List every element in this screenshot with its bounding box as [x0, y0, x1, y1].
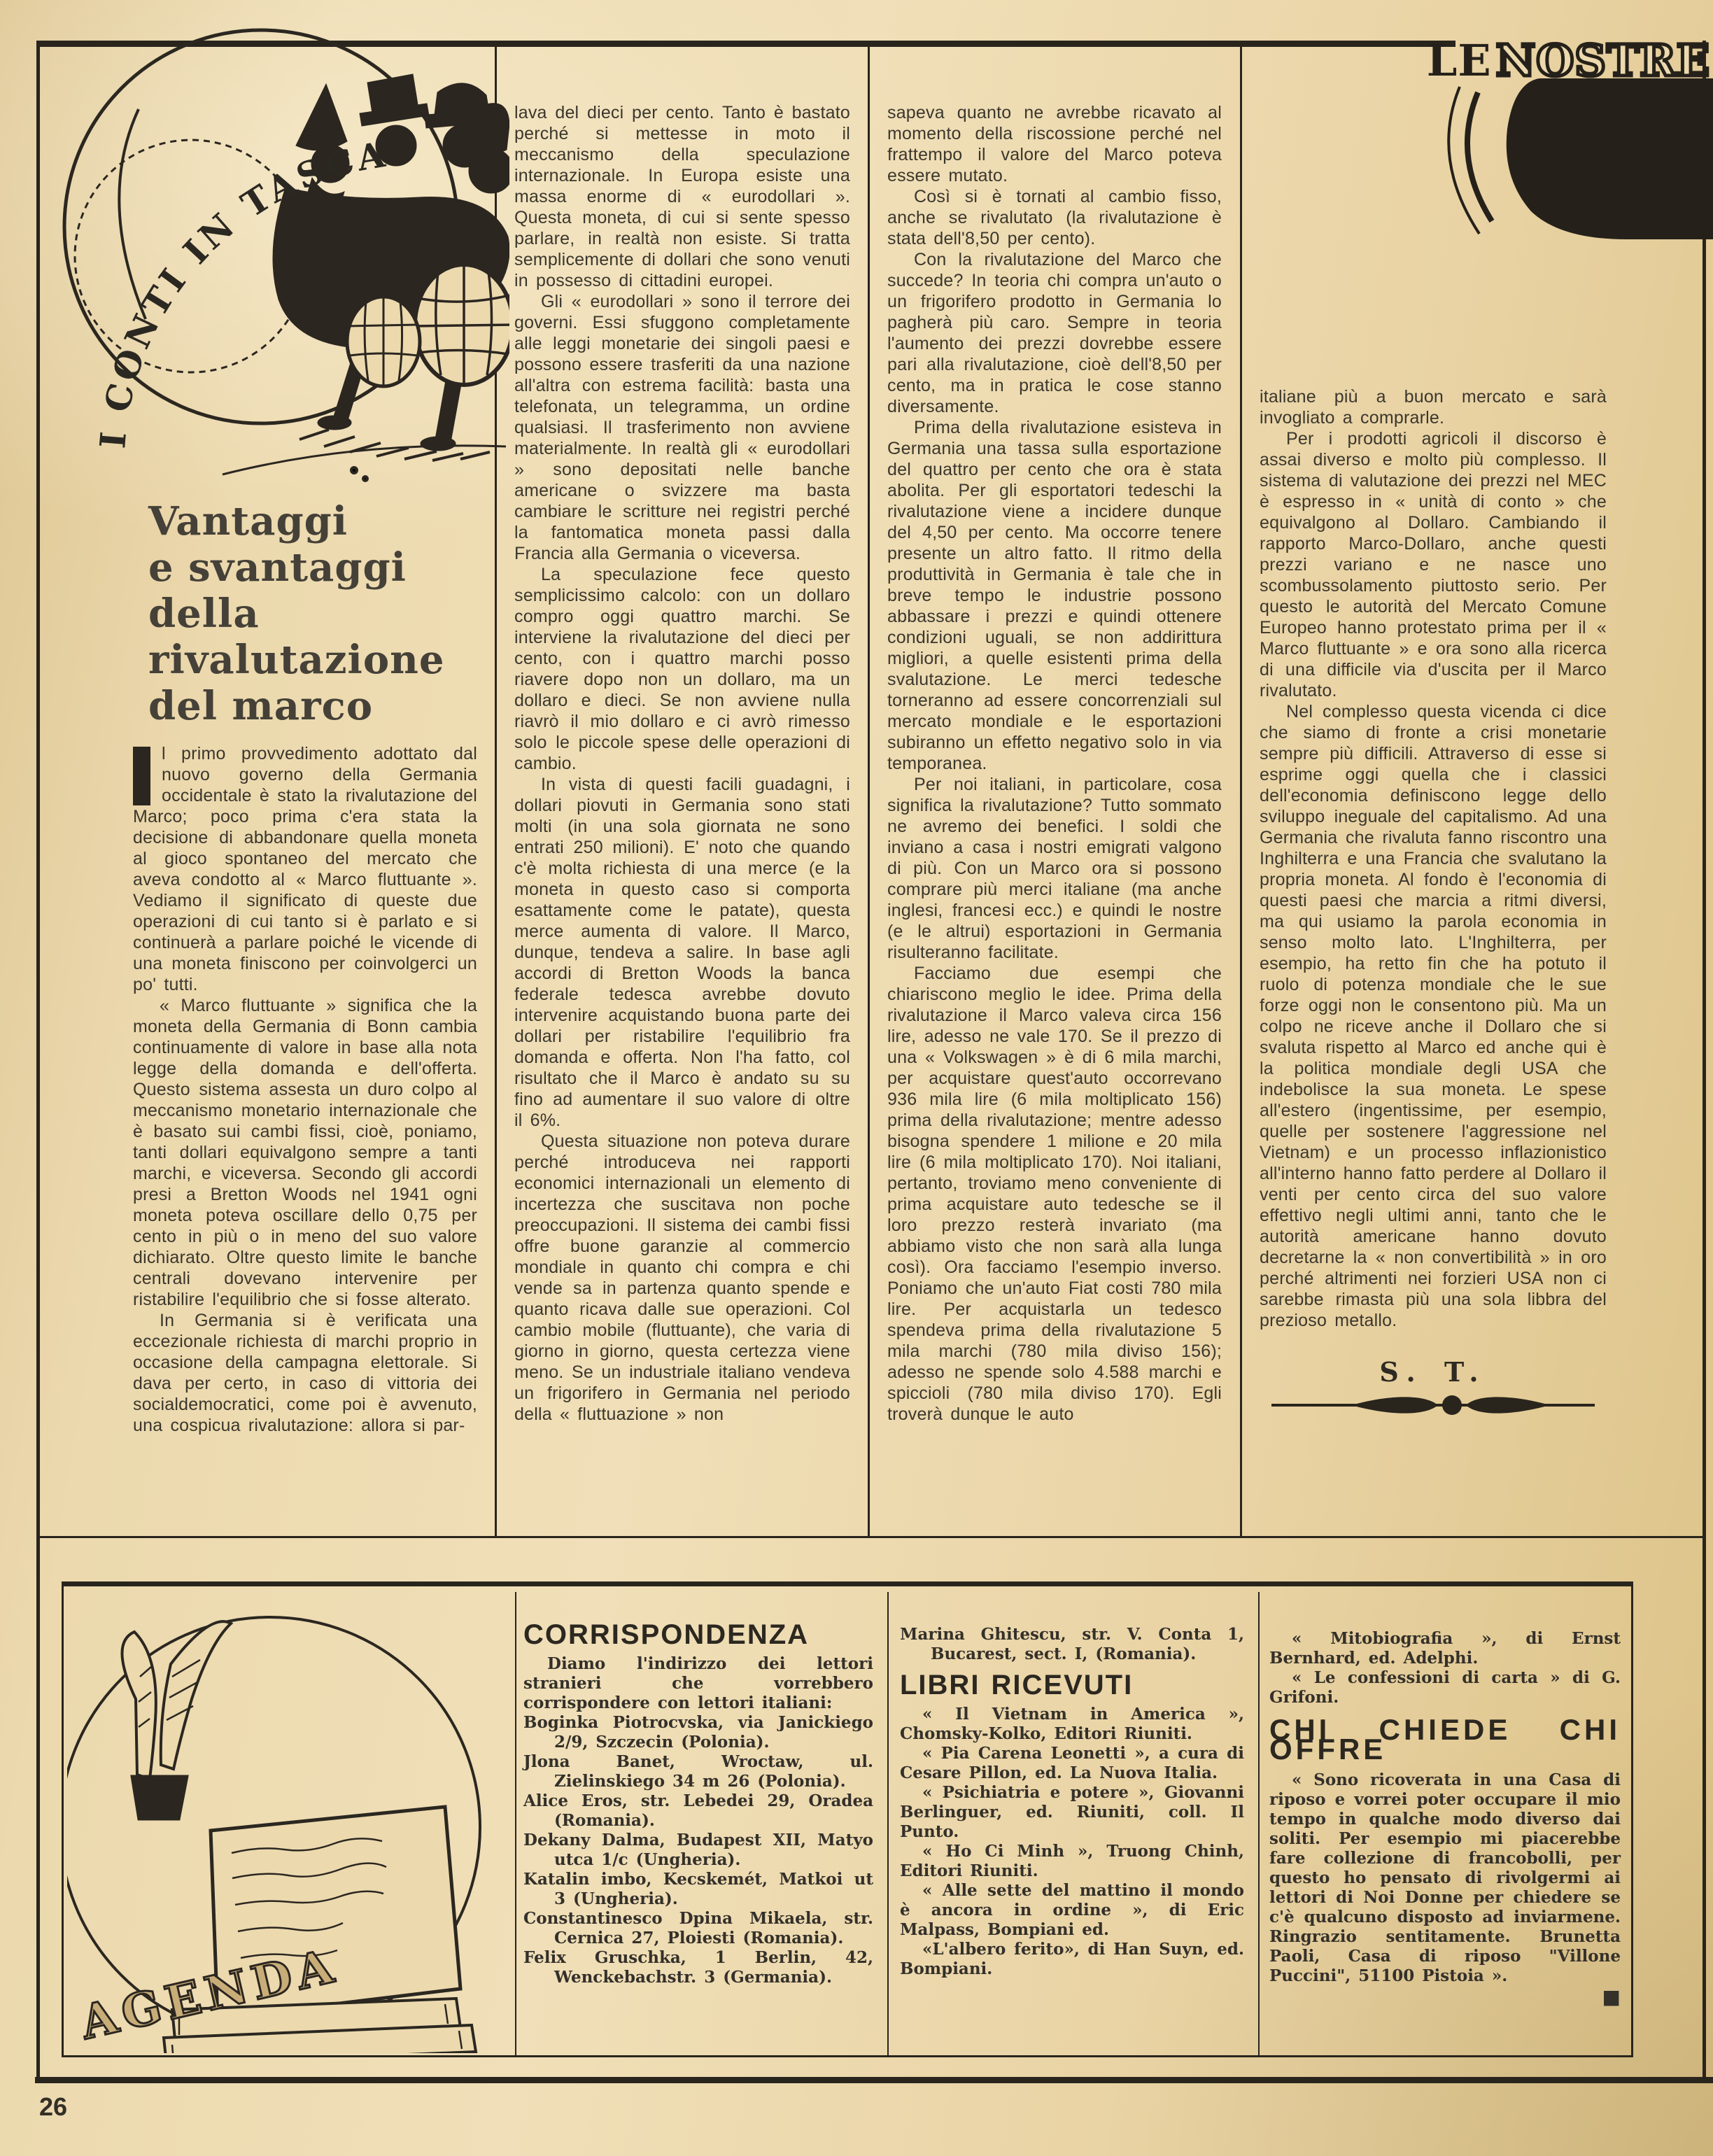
page-number: 26: [39, 2092, 67, 2122]
bottom-box-top-rule: [62, 1581, 1633, 1586]
speculators-illustration: I CONTI IN TASCA: [55, 25, 509, 487]
libri-book-list-continued: « Mitobiografia », di Ernst Bernhard, ed…: [1269, 1629, 1621, 1707]
article-title: Vantaggie svantaggidellarivalutazionedel…: [148, 498, 498, 729]
article-column-3: sapeva quanto ne avrebbe ricavato al mom…: [887, 102, 1222, 1425]
column-rule-2: [868, 46, 870, 1536]
chi-chiede-letter: « Sono ricoverata in una Casa di riposo …: [1269, 1770, 1621, 1986]
bottom-box-right-rule: [1631, 1581, 1633, 2057]
section-chi-chiede-chi-offre: « Mitobiografia », di Ernst Bernhard, ed…: [1269, 1629, 1621, 2007]
corrispondenza-header: CORRISPONDENZA: [523, 1625, 873, 1644]
frame-rule-bottom: [35, 2077, 1713, 2083]
masthead-word-le: LE: [1427, 35, 1492, 86]
bottom-column-rule-2: [887, 1592, 889, 2056]
frame-rule-right: [1703, 41, 1706, 2083]
magazine-page: LENOSTRE: [0, 0, 1713, 2156]
speculator-figures: [273, 74, 509, 451]
col1-first-paragraph: l primo provvedimento adottato dal nuovo…: [133, 744, 477, 994]
bottom-column-rule-3: [1258, 1592, 1260, 2056]
bottom-box-bottom-rule: [62, 2055, 1633, 2057]
bottom-column-rule-1: [515, 1592, 516, 2056]
divider-ornament: [1269, 1390, 1598, 1421]
shadow-hatching: [223, 430, 506, 481]
corrispondenza-entry-continued: Marina Ghitescu, str. V. Conta 1, Bucare…: [900, 1625, 1244, 1664]
col1-paragraphs: « Marco fluttuante » significa che la mo…: [133, 995, 477, 1436]
chi-chiede-header: CHI CHIEDE CHI OFFRE: [1269, 1720, 1621, 1759]
libri-book-list: « Il Vietnam in America », Chomsky-Kolko…: [900, 1705, 1244, 1979]
masthead-word-nostre: NOSTRE: [1496, 35, 1710, 86]
col4-paragraphs: italiane più a buon mercato e sarà invog…: [1260, 386, 1607, 1331]
corrispondenza-entries: Boginka Piotrocvska, via Janickiego 2/9,…: [523, 1713, 873, 1987]
masthead-logo: LENOSTRE: [1427, 35, 1710, 86]
quill-books-illustration: AGENDA: [67, 1600, 501, 2053]
article-column-4: italiane più a buon mercato e sarà invog…: [1260, 386, 1607, 1421]
end-mark-icon: ■: [1269, 1987, 1621, 2007]
author-signature: S. T.: [1260, 1362, 1607, 1383]
drop-cap: [133, 747, 150, 805]
frame-rule-left: [36, 41, 40, 2083]
bottom-box-left-rule: [62, 1581, 64, 2057]
article-bottom-rule: [38, 1536, 1705, 1538]
corrispondenza-intro: Diamo l'indirizzo dei lettori stranieri …: [523, 1654, 873, 1713]
section-corrispondenza: CORRISPONDENZA Diamo l'indirizzo dei let…: [523, 1625, 873, 1987]
column-rule-3: [1240, 46, 1242, 1536]
article-column-1: l primo provvedimento adottato dal nuovo…: [133, 743, 477, 1436]
section-libri-ricevuti: Marina Ghitescu, str. V. Conta 1, Bucare…: [900, 1625, 1244, 1979]
libri-header: LIBRI RICEVUTI: [900, 1675, 1244, 1695]
article-column-2: lava del dieci per cento. Tanto è bastat…: [514, 102, 850, 1425]
masthead-blob-icon: [1419, 71, 1713, 239]
